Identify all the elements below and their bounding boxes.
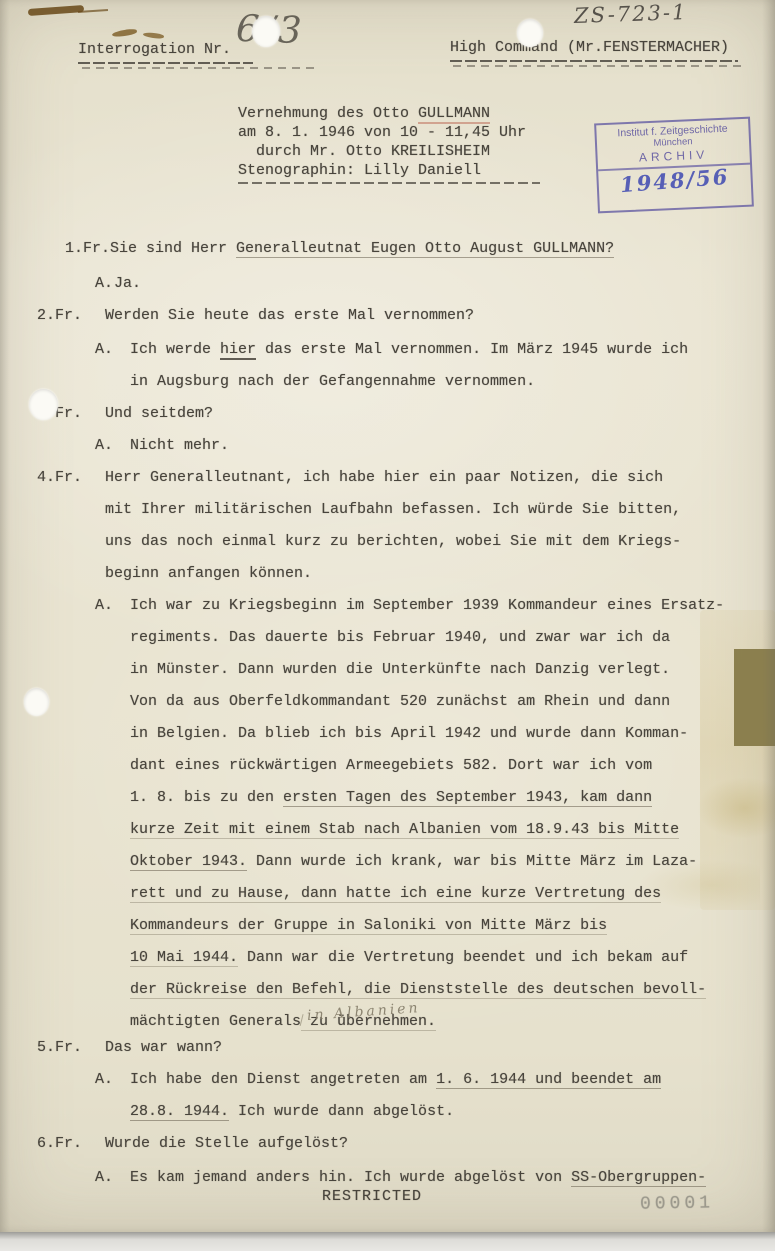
qa-label: 5.Fr.	[37, 1032, 82, 1064]
qa-label: 4.Fr.	[37, 462, 82, 494]
qa-label: A.	[95, 268, 113, 300]
qa-text: Ich werde	[130, 341, 220, 358]
qa-row: 5.Fr.Das war wann?	[35, 1032, 749, 1064]
qa-text: uns das noch einmal kurz zu berichten, w…	[105, 533, 681, 550]
qa-text: regiments. Das dauerte bis Februar 1940,…	[130, 629, 670, 646]
qa-row: A.Ich habe den Dienst angetreten am 1. 6…	[35, 1064, 749, 1128]
qa-text: 1. 6. 1944 und beendet am	[436, 1071, 661, 1089]
qa-text: Herr Generalleutnant, ich habe hier ein …	[105, 469, 663, 486]
qa-list: 1.Fr.Sie sind Herr Generalleutnat Eugen …	[0, 0, 775, 1251]
qa-row: A.Ja.	[35, 268, 749, 300]
handwritten-insertion: in Albanien	[306, 992, 422, 1032]
qa-text: mit Ihrer militärischen Laufbahn befasse…	[105, 501, 681, 518]
qa-row: A.Ich war zu Kriegsbeginn im September 1…	[35, 590, 749, 1038]
qa-label: A.	[95, 1162, 113, 1194]
qa-row: 2.Fr.Werden Sie heute das erste Mal vern…	[35, 300, 749, 332]
qa-text: Sie sind Herr	[110, 240, 236, 257]
qa-text: dant eines rückwärtigen Armeegebiets 582…	[130, 757, 652, 774]
qa-text: Es kam jemand anders hin. Ich wurde abge…	[130, 1169, 571, 1186]
qa-row: 6.Fr.Wurde die Stelle aufgelöst?	[35, 1128, 749, 1160]
qa-text: Werden Sie heute das erste Mal vernommen…	[105, 307, 474, 324]
qa-text: kurze Zeit mit einem Stab nach Albanien …	[130, 821, 679, 839]
qa-text: mächtigten Generals	[130, 1013, 301, 1030]
qa-text: Kommandeurs der Gruppe in Saloniki von M…	[130, 917, 607, 935]
qa-row: A.Ich werde hier das erste Mal vernommen…	[35, 334, 749, 398]
qa-text: Und seitdem?	[105, 405, 213, 422]
qa-text: ersten Tagen des September 1943, kam dan…	[283, 789, 652, 807]
qa-text: in Augsburg nach der Gefangennahme verno…	[130, 373, 535, 390]
qa-text: das erste Mal vernommen. Im März 1945 wu…	[256, 341, 688, 358]
qa-text: zu übernehmen.in Albanien	[301, 1013, 436, 1031]
qa-label: 1.Fr.	[65, 233, 110, 265]
qa-text: rett und zu Hause, dann hatte ich eine k…	[130, 885, 661, 903]
qa-text: in Münster. Dann wurden die Unterkünfte …	[130, 661, 670, 678]
qa-text: Ich habe den Dienst angetreten am	[130, 1071, 436, 1088]
qa-row: A.Nicht mehr.	[35, 430, 749, 462]
qa-text: Dann wurde ich krank, war bis Mitte März…	[247, 853, 697, 870]
qa-text: 1. 8. bis zu den	[130, 789, 283, 806]
hole-punch	[517, 19, 543, 47]
qa-label: A.	[95, 1064, 113, 1096]
qa-label: A.	[95, 430, 113, 462]
qa-text: hier	[220, 341, 256, 360]
qa-text: SS-Obergruppen-	[571, 1169, 706, 1187]
qa-label: 2.Fr.	[37, 300, 82, 332]
qa-text: beginn anfangen können.	[105, 565, 312, 582]
qa-text: Nicht mehr.	[130, 437, 229, 454]
qa-text: 10 Mai 1944.	[130, 949, 238, 967]
qa-text: Oktober 1943.	[130, 853, 247, 871]
qa-label: A.	[95, 590, 113, 622]
qa-label: A.	[95, 334, 113, 366]
hole-punch	[252, 16, 280, 47]
qa-row: 1.Fr.Sie sind Herr Generalleutnat Eugen …	[35, 233, 749, 265]
qa-text: 28.8. 1944.	[130, 1103, 229, 1121]
hole-punch	[24, 688, 49, 716]
qa-text: in Belgien. Da blieb ich bis April 1942 …	[130, 725, 688, 742]
qa-row: A.Es kam jemand anders hin. Ich wurde ab…	[35, 1162, 749, 1194]
hole-punch	[29, 389, 58, 420]
qa-text: Das war wann?	[105, 1039, 222, 1056]
qa-text: Von da aus Oberfeldkommandant 520 zunäch…	[130, 693, 670, 710]
qa-row: 3.Fr.Und seitdem?	[35, 398, 749, 430]
qa-row: 4.Fr.Herr Generalleutnant, ich habe hier…	[35, 462, 749, 590]
qa-text: Ja.	[114, 275, 141, 292]
qa-text: Wurde die Stelle aufgelöst?	[105, 1135, 348, 1152]
qa-text: Dann war die Vertretung beendet und ich …	[238, 949, 688, 966]
qa-text: Ich wurde dann abgelöst.	[229, 1103, 454, 1120]
qa-text: Generalleutnat Eugen Otto August GULLMAN…	[236, 240, 614, 258]
qa-text: Ich war zu Kriegsbeginn im September 193…	[130, 597, 724, 614]
qa-label: 6.Fr.	[37, 1128, 82, 1160]
